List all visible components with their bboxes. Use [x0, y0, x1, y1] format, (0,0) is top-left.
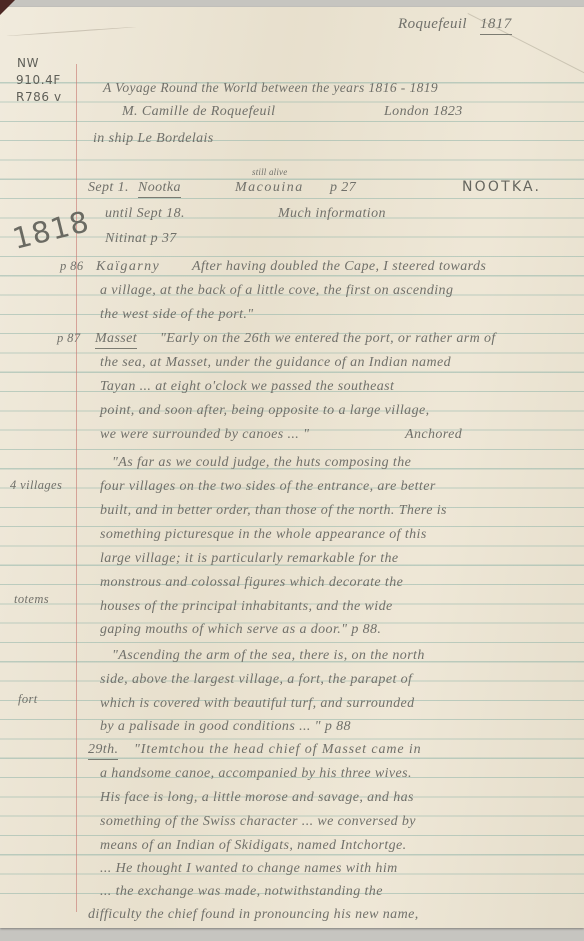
page-ref: p 27	[330, 180, 356, 196]
note-line: gaping mouths of which serve as a door."…	[100, 622, 381, 638]
note-line: ... He thought I wanted to change names …	[100, 861, 398, 877]
call-number-class: 910.4F	[16, 73, 61, 87]
call-number-region: NW	[17, 56, 39, 70]
margin-note-villages: 4 villages	[10, 478, 62, 493]
note-line: "Ascending the arm of the sea, there is,…	[112, 648, 425, 664]
note-line: His face is long, a little morose and sa…	[100, 790, 414, 806]
note-line: built, and in better order, than those o…	[100, 503, 447, 519]
note-line: which is covered with beautiful turf, an…	[100, 696, 415, 712]
margin-page-ref: p 86	[60, 259, 83, 274]
note-line: we were surrounded by canoes ... "	[100, 427, 309, 443]
note-line: "As far as we could judge, the huts comp…	[112, 455, 411, 471]
work-imprint: London 1823	[384, 104, 463, 120]
margin-note-fort: fort	[18, 692, 38, 707]
call-number-cutter: R786 v	[16, 90, 62, 104]
note-line: until Sept 18.	[105, 206, 185, 222]
work-title: A Voyage Round the World between the yea…	[103, 80, 438, 96]
note-line: houses of the principal inhabitants, and…	[100, 599, 393, 615]
entry-date: Sept 1.	[88, 180, 129, 196]
note-line: the sea, at Masset, under the guidance o…	[100, 355, 451, 371]
margin-day-ref: 29th.	[88, 742, 118, 760]
note-line: a handsome canoe, accompanied by his thr…	[100, 766, 412, 782]
keyword-masset: Masset	[95, 331, 137, 349]
keyword-kaigarny: Kaïgarny	[96, 259, 160, 275]
note-line: ... the exchange was made, notwithstandi…	[100, 884, 383, 900]
note-line: difficulty the chief found in pronouncin…	[88, 907, 419, 923]
note-line: "Early on the 26th we entered the port, …	[160, 331, 496, 347]
note-line: large village; it is particularly remark…	[100, 551, 399, 567]
place-name: Nootka	[138, 180, 181, 198]
note-line: Tayan ... at eight o'clock we passed the…	[100, 379, 394, 395]
anchored-note: Anchored	[405, 427, 462, 443]
note-line: side, above the largest village, a fort,…	[100, 672, 412, 688]
note-line: Nitinat p 37	[105, 231, 177, 247]
margin-note-totems: totems	[14, 592, 49, 607]
note-line: something of the Swiss character ... we …	[100, 814, 416, 830]
manuscript-note-page: Roquefeuil 1817 NW 910.4F R786 v A Voyag…	[0, 0, 584, 941]
note-line: "Itemtchou the head chief of Masset came…	[134, 742, 422, 758]
margin-page-ref: p 87	[57, 331, 80, 346]
note-line: four villages on the two sides of the en…	[100, 479, 436, 495]
chief-annotation: still alive	[252, 167, 287, 177]
corner-mark	[0, 0, 15, 15]
note-line: means of an Indian of Skidigats, named I…	[100, 838, 407, 854]
note-line: monstrous and colossal figures which dec…	[100, 575, 403, 591]
header-author-ref: Roquefeuil	[398, 16, 467, 33]
red-margin-line	[76, 64, 77, 912]
note-line: something picturesque in the whole appea…	[100, 527, 427, 543]
note-line: by a palisade in good conditions ... " p…	[100, 719, 351, 735]
note-line: point, and soon after, being opposite to…	[100, 403, 429, 419]
note-line: the west side of the port."	[100, 307, 254, 323]
ship-note: in ship Le Bordelais	[93, 131, 214, 147]
note-line: After having doubled the Cape, I steered…	[192, 259, 486, 275]
work-author: M. Camille de Roquefeuil	[122, 104, 275, 120]
note-line: a village, at the back of a little cove,…	[100, 283, 453, 299]
paper-crease	[6, 26, 136, 36]
note-line: Much information	[278, 206, 386, 222]
header-year-ref: 1817	[480, 16, 512, 35]
chief-name: Macouina	[235, 180, 304, 196]
section-heading: NOOTKA.	[462, 179, 541, 195]
